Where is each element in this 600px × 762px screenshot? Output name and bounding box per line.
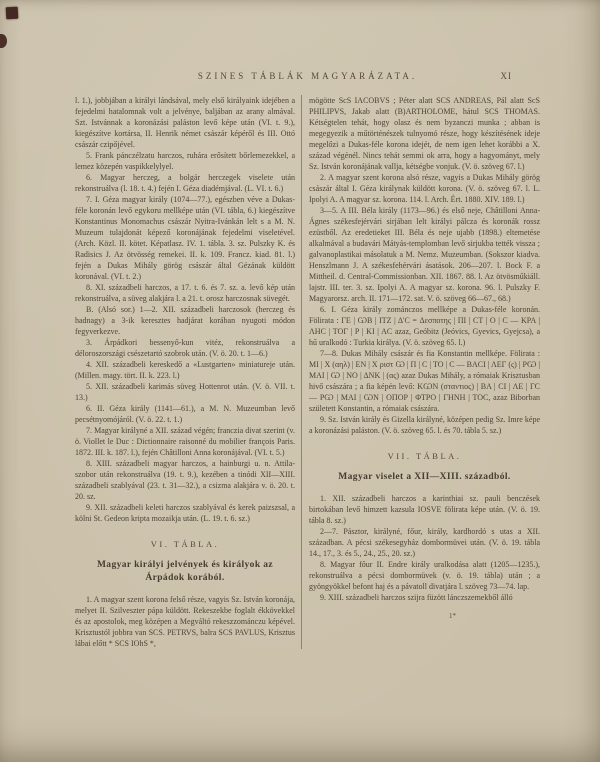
page-header-title: SZINES TÁBLÁK MAGYARÁZATA. (75, 71, 540, 81)
paragraph: 7. I. Géza magyar király (1074—77.), egé… (75, 194, 295, 282)
plate-heading: VI. TÁBLA. (75, 539, 295, 550)
paragraph: 6. I. Géza király zománczos mellképe a D… (309, 304, 540, 348)
paragraph: 2. A magyar szent korona alsó része, vag… (309, 172, 540, 205)
page-number: XI (501, 71, 513, 81)
paragraph: 8. Magyar főur II. Endre király uralkodá… (309, 559, 540, 592)
paragraph: 1. XII. századbeli harczos a karinthiai … (309, 493, 540, 526)
paragraph: 9. XII. századbeli keleti harczos szably… (75, 502, 295, 524)
signature: 1* (309, 611, 540, 622)
plate-heading: VII. TÁBLA. (309, 451, 540, 462)
paragraph: l. 1.), jobbjában a királyi lándsával, m… (75, 95, 295, 150)
paragraph: 4. XII. századbeli kereskedő a «Lustgart… (75, 359, 295, 381)
right-column: mögötte ScS IACOBVS ; Péter alatt SCS AN… (301, 95, 540, 649)
paragraph: 5. XII. századbeli karimás süveg Hottenr… (75, 381, 295, 403)
paragraph: 3. Árpádkori bessenyő-kun vitéz, rekonst… (75, 337, 295, 359)
paragraph: 9. Sz. István király és Gizella királyné… (309, 414, 540, 436)
ink-stamp-mark-top-left (6, 7, 19, 20)
paragraph: 9. XIII. századbeli harczos szijra füzöt… (309, 592, 540, 603)
paragraph: 5. Frank pánczélzatu harczos, ruhára erő… (75, 150, 295, 172)
plate-title: Magyar királyi jelvények és királyok az … (75, 559, 295, 585)
left-column: l. 1.), jobbjában a királyi lándsával, m… (75, 95, 301, 649)
plate-title: Magyar viselet a XII—XIII. századból. (309, 471, 540, 484)
running-head: SZINES TÁBLÁK MAGYARÁZATA. XI (75, 71, 540, 85)
paragraph: 6. II. Géza király (1141—61.), a M. N. M… (75, 403, 295, 425)
paragraph: 6. Magyar herczeg, a bolgár herczegek vi… (75, 172, 295, 194)
paragraph: 8. XIII. századbeli magyar harczos, a ha… (75, 458, 295, 502)
paragraph: mögötte ScS IACOBVS ; Péter alatt SCS AN… (309, 95, 540, 172)
paragraph: B. (Alsó sor.) 1—2. XII. századbeli harc… (75, 304, 295, 337)
paragraph: 2—7. Pásztor, királyné, főur, király, ka… (309, 526, 540, 559)
paragraph: 1. A magyar szent korona felső része, va… (75, 594, 295, 649)
paragraph: 7. Magyar királyné a XII. század végén; … (75, 425, 295, 458)
paragraph: 7—8. Dukas Mihály császár és fia Konstan… (309, 348, 540, 414)
paragraph: 3—5. A III. Béla király (1173—96.) és el… (309, 205, 540, 304)
text-block: l. 1.), jobbjában a királyi lándsával, m… (75, 95, 540, 649)
paragraph: 8. XI. századbeli harczos, a 17. t. 6. é… (75, 282, 295, 304)
